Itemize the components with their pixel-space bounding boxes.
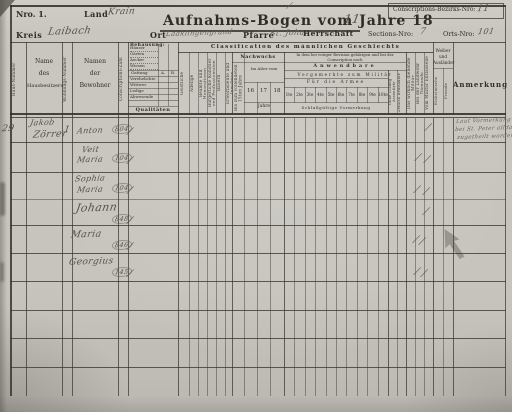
grid-line: [433, 118, 434, 396]
block-fuer-die-armee: Für die Armee: [284, 80, 388, 85]
jahre-caption: Jahre: [244, 104, 284, 109]
col-entlassene: Vom Militär Entlassene: [425, 54, 432, 112]
block-zeile1: In dem bei voriger Revision gehörigen un…: [286, 53, 404, 62]
tally-tick: ∕: [420, 270, 427, 279]
grid-line: [336, 118, 337, 396]
block-anwendbare: Anwendbare: [284, 63, 406, 69]
jahr-16: 16: [244, 88, 257, 94]
col-conscriptions-zahl: Conscriptions-Zahl: [119, 46, 127, 112]
grid-line: [326, 118, 327, 396]
grid-line: [397, 118, 398, 396]
bewohner-name-handwriting: Maria: [70, 228, 103, 240]
grid-line: [367, 118, 368, 396]
col-wohnungs-nummer: Wohnungs-Nummer: [63, 46, 71, 112]
tally-tick: ∕: [413, 268, 420, 277]
grid-line: [357, 118, 358, 396]
grid-line: [207, 118, 208, 396]
grid-line: [10, 310, 506, 311]
grid-line: [284, 118, 285, 396]
sonder-col-1: Ohne Losung Assentirte: [389, 72, 396, 112]
grid-line: [10, 367, 506, 368]
qualitaeten-grid-row: Ledige: [130, 89, 144, 94]
grid-line: [128, 100, 178, 101]
grid-line: [26, 42, 27, 396]
grid-line: [10, 253, 506, 254]
klasse-9: 9te: [367, 92, 378, 97]
orts-value-handwriting: 101: [477, 27, 495, 37]
qualitaeten-grid-header-a: A.: [161, 71, 165, 76]
grid-line: [284, 78, 388, 79]
tally-tick: ∕: [422, 208, 429, 217]
klasse-4: 4te: [315, 92, 326, 97]
kategorie-beamte: Beamte und Honoratioren: [199, 54, 206, 112]
klasse-5: 5te: [326, 92, 336, 97]
grid-line: [270, 118, 271, 396]
grid-line: [257, 82, 258, 114]
klasse-8: 8te: [357, 92, 367, 97]
grid-line: [294, 118, 295, 396]
weiber-col-fremde: Fremde: [444, 70, 452, 112]
grid-line: [10, 338, 506, 339]
grid-line: [10, 199, 506, 200]
qualitaeten-grid-row: Wittwer: [130, 83, 146, 88]
weiber-titel-l2: Ausländer: [433, 60, 455, 65]
bewohner-name-handwriting: Veit: [81, 145, 100, 155]
nachwuchs-alter-label: Im Alter vom: [245, 66, 283, 71]
kategorie-bauern: Bauern: [217, 54, 224, 112]
kategorie-erwerbsleute: Erwerbsleute und Inwohner: [226, 54, 232, 112]
col-anmerkung: Anmerkung: [453, 80, 506, 89]
hausnummer-handwriting: 29: [1, 124, 15, 134]
form-year-handwriting: 11: [343, 12, 362, 27]
kreis-value-handwriting: Laibach: [47, 25, 92, 38]
weiber-titel-l1: Weiber und: [436, 48, 451, 59]
grid-line: [10, 42, 506, 43]
tally-tick: ∕: [422, 188, 429, 197]
kreis-label: Kreis: [16, 30, 42, 40]
grid-line: [270, 82, 271, 114]
bewohner-name-handwriting: Johann: [75, 200, 119, 215]
klasse-2: 2te: [294, 92, 305, 97]
conscription-value-handwriting: 11: [476, 4, 490, 14]
land-label: Land: [84, 9, 108, 19]
edge-smudge: [0, 182, 5, 216]
qualitaeten-caption: Qualitäten: [128, 107, 178, 113]
qualitaeten-row: Häuser: [130, 46, 145, 51]
grid-line: [378, 118, 379, 396]
bewohner-name-handwriting: Sophia: [74, 173, 106, 183]
grid-line: [10, 281, 506, 282]
qualitaeten-row: Gärten: [130, 52, 144, 57]
conscription-label: Conscriptions-Bezirks-Nro:: [393, 6, 475, 13]
sonder-col-2: Zeitlich Beurlaubte: [398, 72, 405, 112]
land-value-handwriting: Krain: [107, 6, 136, 17]
grid-line: [453, 42, 454, 114]
grid-line: [198, 118, 199, 396]
grid-line: [315, 118, 316, 396]
bewohner-name-handwriting: Anton: [76, 126, 104, 136]
wohnparthei-handwriting: 1: [63, 125, 71, 135]
col-hausbesitzer: Name des Hausbesitzers: [27, 56, 61, 92]
qualitaeten-grid-header: Gattung: [131, 71, 148, 76]
col-haus-nummer: Haus-Nummer: [12, 46, 25, 112]
classification-titel: Classification des männlichen Geschlecht…: [178, 44, 433, 50]
kategorie-kuenstler: Bürgerliche Künstler und Professionisten: [208, 54, 215, 112]
grid-line: [244, 118, 245, 396]
grid-line: [168, 44, 169, 106]
grid-line: [178, 42, 179, 396]
weiber-titel: Weiber und Ausländer: [433, 48, 453, 66]
klasse-3: 3te: [305, 92, 315, 97]
anmerkung-note-handwriting: bei St. Peter allda: [454, 125, 512, 133]
orts-label: Orts-Nro:: [443, 30, 474, 38]
qualitaeten-grid-header-r: R.: [171, 71, 175, 76]
klasse-6: 6te: [336, 92, 346, 97]
ort-value-handwriting: Laaklingengrund: [165, 28, 233, 38]
ort-label: Ort: [150, 30, 166, 40]
herrschaft-label: Herrschaft: [303, 29, 354, 38]
klasse-10: 10te: [378, 92, 388, 97]
grid-line: [305, 118, 306, 396]
col-dienendes-militaer: Das wirklich dienende Militär: [407, 54, 414, 112]
tally-tick: ∕: [413, 186, 420, 195]
grid-line: [257, 118, 258, 396]
qualitaeten-grid-row: Abwesende: [130, 95, 153, 100]
weiber-col-einheimische: Einheimische: [434, 70, 442, 112]
grid-line: [10, 117, 506, 118]
klasse-1: 1te: [284, 92, 294, 97]
sections-value-handwriting: 7: [419, 27, 427, 37]
bewohner-name-handwriting: Georgius: [68, 256, 114, 268]
anmerkung-note-handwriting: Laut Vormerkung: [455, 117, 511, 125]
grid-line: [453, 118, 454, 396]
qualitaeten-row: Wiesen: [130, 64, 145, 69]
anmerkung-note-handwriting: zugetheilt worden: [456, 133, 512, 141]
block-vorgemerkte: Vorgemerkte zum Militär: [284, 72, 406, 77]
scanned-census-sheet: Nro. 1. Land Krain Aufnahms-Bogen vom Ja…: [0, 0, 512, 412]
sections-label: Sections-Nro:: [368, 30, 413, 38]
qualitaeten-grid-row: Verehelichte: [130, 77, 155, 82]
bewohner-name-handwriting: Maria: [76, 185, 104, 195]
grid-line: [232, 52, 233, 114]
grid-line: [244, 82, 284, 83]
grid-line: [443, 118, 444, 396]
col-hausbesitzer-l3: Hausbesitzers: [27, 83, 63, 89]
edge-smudge: [0, 262, 4, 282]
corner-shadow: [0, 0, 15, 17]
besitzer-vorname-handwriting: Jakob: [29, 118, 55, 128]
bewohner-name-handwriting: Maria: [76, 155, 104, 165]
grid-line: [189, 118, 190, 396]
grid-line: [10, 172, 506, 173]
kategorie-adelige: Adelige: [190, 54, 197, 112]
col-hausbesitzer-l1: Name: [35, 58, 53, 65]
col-bewohner: Namen der Bewohner: [73, 56, 117, 92]
grid-line: [388, 118, 389, 396]
grid-line: [225, 118, 226, 396]
col-bewohner-l1: Namen: [84, 58, 106, 65]
grid-line: [10, 113, 506, 115]
col-bewohner-l2: der: [90, 70, 100, 77]
klassen-caption: Schlußgültige Vormerkung: [284, 105, 388, 110]
grid-line: [346, 118, 347, 396]
grid-line: [72, 42, 73, 396]
grid-line: [158, 44, 159, 106]
grid-line: [10, 142, 506, 143]
nachwuchs-titel: Nachwuchs: [232, 54, 284, 60]
sheet-number: Nro. 1.: [16, 9, 47, 19]
klasse-7: 7te: [346, 92, 357, 97]
col-landwehr: Bei der Landwehr Dienende: [416, 54, 423, 112]
grid-line: [232, 118, 233, 396]
grid-line: [216, 118, 217, 396]
nachwuchs-rot-label: Bis zum vollendeten 15ten Jahre: [234, 64, 243, 112]
grid-line: [10, 225, 506, 226]
qualitaeten-row: Aecker: [130, 58, 144, 63]
kategorie-geistliche: Geistliche: [180, 54, 188, 112]
col-bewohner-l3: Bewohner: [80, 82, 111, 89]
jahr-17: 17: [257, 88, 270, 94]
col-hausbesitzer-l2: des: [39, 70, 49, 77]
grid-line: [406, 118, 407, 396]
jahr-18: 18: [270, 88, 284, 94]
